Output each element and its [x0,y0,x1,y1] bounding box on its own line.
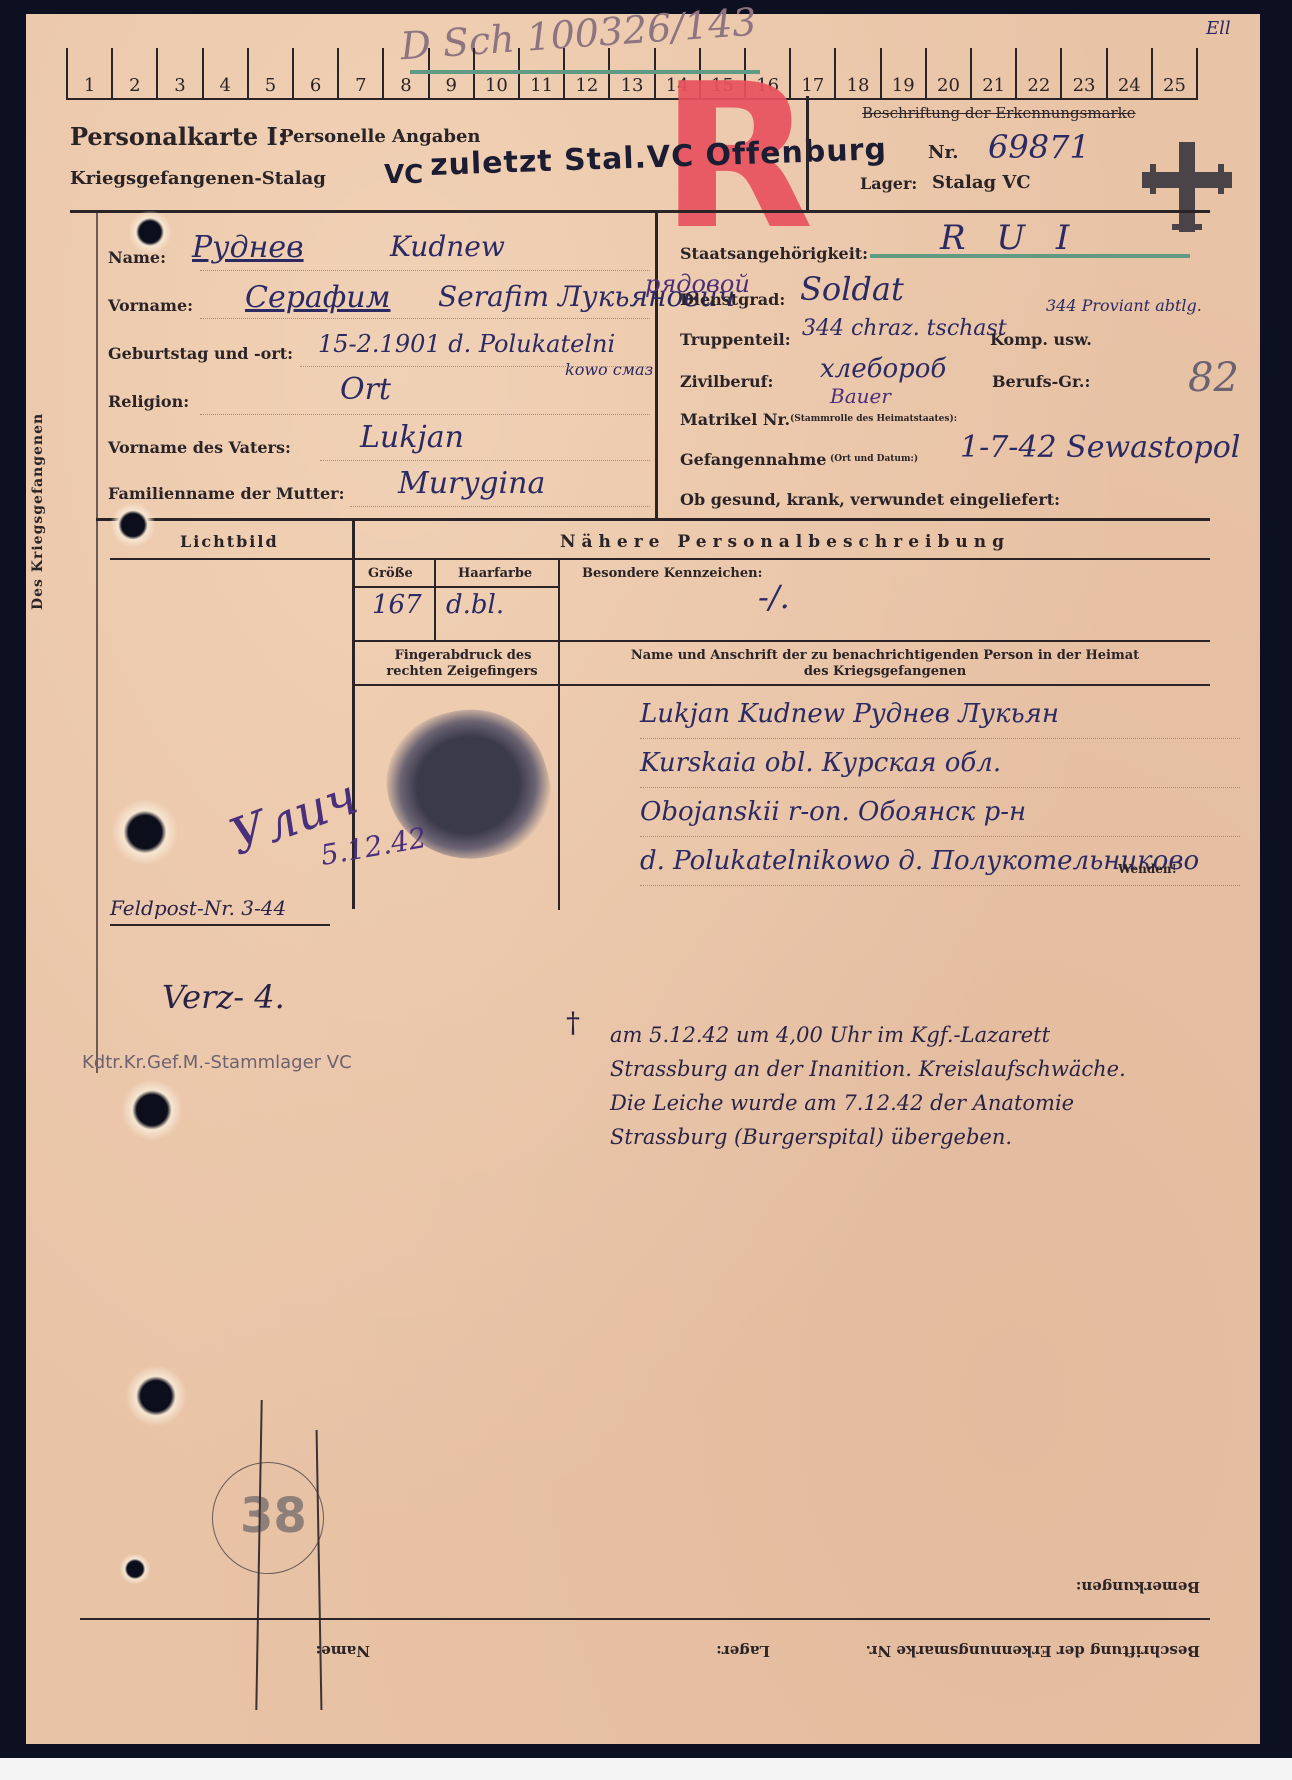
tag-heading: Beschriftung der Erkennungsmarke [862,104,1136,122]
mutter-value: Murygina [398,466,545,501]
zivilberuf-value: хлебороб [820,354,946,384]
dienstgrad-value: Soldat [800,270,904,308]
death-note: am 5.12.42 um 4,00 Uhr im Kgf.-LazarettS… [610,1018,1250,1154]
death-note-line: Strassburg an der Inanition. Kreislaufsc… [610,1052,1250,1086]
truppenteil-suffix: Komp. usw. [990,330,1092,349]
notify-line: Kurskaia obl. Курская обл. [640,739,1240,788]
card-subtitle: Personelle Angaben [280,126,481,147]
tag-lager-value: Stalag VC [932,172,1031,193]
religion-value: Ort [340,372,391,407]
mid-divider [655,213,658,518]
footer-lager: Lager: [716,1642,770,1660]
name-cyrillic: Руднев [192,230,304,265]
haarfarbe-value: d.bl. [446,590,504,620]
death-note-line: Die Leiche wurde am 7.12.42 der Anatomie [610,1086,1250,1120]
ruler-cell: 23 [1060,48,1105,98]
groesse-label: Größe [368,566,413,581]
mutter-label: Familienname der Mutter: [108,484,345,503]
groesse-value: 167 [372,590,422,620]
stalag-value: VC [384,160,423,190]
ruler-cell: 2 [111,48,156,98]
tag-nr-label: Nr. [928,142,959,163]
ruler-cell: 25 [1151,48,1198,98]
ruler-cell: 19 [880,48,925,98]
header-bottom-rule [70,210,1210,213]
scan-margin [0,1758,1292,1780]
ruler-cell: 7 [337,48,382,98]
ruler-cell: 22 [1015,48,1060,98]
ruler-cell: 1 [66,48,111,98]
ruler-cell: 3 [156,48,201,98]
beschreibung-title: Nähere Personalbeschreibung [560,532,1010,552]
zivilberuf-label: Zivilberuf: [680,372,773,391]
corner-mark: Ell [1206,18,1231,39]
kdtr-stamp: Kdtr.Kr.Gef.M.-Stammlager VC [82,1052,352,1073]
ruler-cell: 21 [970,48,1015,98]
religion-label: Religion: [108,392,189,411]
card-title: Personalkarte I: [70,122,287,151]
berufs-mark: 82 [1188,355,1239,401]
dienstgrad-cyrillic: рядовой [645,270,750,298]
vater-label: Vorname des Vaters: [108,438,291,457]
kennzeichen-value: -/. [758,578,790,616]
finger-label-2: rechten Zeigefingers [372,664,552,679]
left-margin-line [96,213,98,1073]
finger-label-1: Fingerabdruck des [388,648,538,663]
matrikel-sub: (Stammrolle des Heimatstaates): [790,414,957,424]
header-divider [806,96,809,210]
vertical-label: Des Kriegsgefangenen [30,413,46,610]
punch-hole [128,210,172,254]
vorname-cyrillic: Серафим [245,280,390,315]
haarfarbe-label: Haarfarbe [458,566,532,581]
ruler-cell: 4 [202,48,247,98]
ruler-cell: 18 [834,48,879,98]
name-latin: Kudnew [390,230,505,263]
berufs-label: Berufs-Gr.: [992,372,1090,391]
inverted-footer: Beschriftung der Erkennungsmarke Nr. Lag… [80,1560,1210,1670]
tag-lager-label: Lager: [860,174,917,193]
punch-hole [110,502,156,548]
dienstgrad-note: 344 Proviant abtlg. [1046,296,1202,315]
verz-note: Verz- 4. [162,978,285,1016]
gesund-label: Ob gesund, krank, verwundet eingeliefert… [680,490,1060,509]
notify-line: Lukjan Kudnew Руднев Лукьян [640,690,1240,739]
green-underline [870,254,1190,258]
stalag-label: Kriegsgefangenen-Stalag [70,168,326,189]
footer-beschriftung: Beschriftung der Erkennungsmarke Nr. [866,1642,1200,1660]
ruler-cell: 20 [925,48,970,98]
section-rule [96,518,1210,521]
ruler-cell: 6 [292,48,337,98]
staat-value: R U I [940,218,1079,258]
notify-line: Obojanskii r-on. Обоянск р-н [640,788,1240,837]
geburt-value: 15-2.1901 d. Polukatelni [318,330,615,358]
geburt-label: Geburtstag und -ort: [108,344,293,363]
iron-cross-icon [1142,142,1232,232]
gefangen-value: 1-7-42 Sewastopol [960,430,1240,465]
gefangen-sub: (Ort und Datum:) [830,454,918,464]
truppenteil-value: 344 chraz. tschast [802,316,1007,341]
lichtbild-label: Lichtbild [180,532,279,551]
feldpost: Feldpost-Nr. 3-44 [110,896,286,920]
vater-value: Lukjan [360,420,464,455]
footer-bemerkungen: Bemerkungen: [1076,1578,1200,1596]
vorname-label: Vorname: [108,296,193,315]
punch-hole [120,1080,184,1140]
gefangen-label: Gefangennahme [680,450,826,469]
number-ruler: 1234567891011121314151617181920212223242… [66,48,1198,100]
ruler-cell: 5 [247,48,292,98]
truppenteil-label: Truppenteil: [680,330,791,349]
footer-name: Name: [316,1642,370,1660]
geburt-extra: kowo смаз [565,360,653,379]
wenden-label: Wenden! [1118,862,1177,876]
kennzeichen-label: Besondere Kennzeichen: [582,566,762,581]
notify-label-1: Name und Anschrift der zu benachrichtige… [560,648,1210,663]
death-note-line: am 5.12.42 um 4,00 Uhr im Kgf.-Lazarett [610,1018,1250,1052]
zivilberuf-latin: Bauer [830,384,891,408]
ruler-cell: 24 [1106,48,1151,98]
death-note-line: Strassburg (Burgerspital) übergeben. [610,1120,1250,1154]
punch-hole [110,800,180,864]
punch-hole [124,1366,188,1426]
staat-label: Staatsangehörigkeit: [680,244,868,263]
notify-lines: Lukjan Kudnew Руднев ЛукьянKurskaia obl.… [640,690,1240,886]
tag-nr-value: 69871 [988,128,1090,166]
notify-label-2: des Kriegsgefangenen [560,664,1210,679]
matrikel-label: Matrikel Nr. [680,410,790,429]
circle-stamp-number: 38 [240,1488,307,1544]
death-cross-icon: † [566,1006,580,1039]
